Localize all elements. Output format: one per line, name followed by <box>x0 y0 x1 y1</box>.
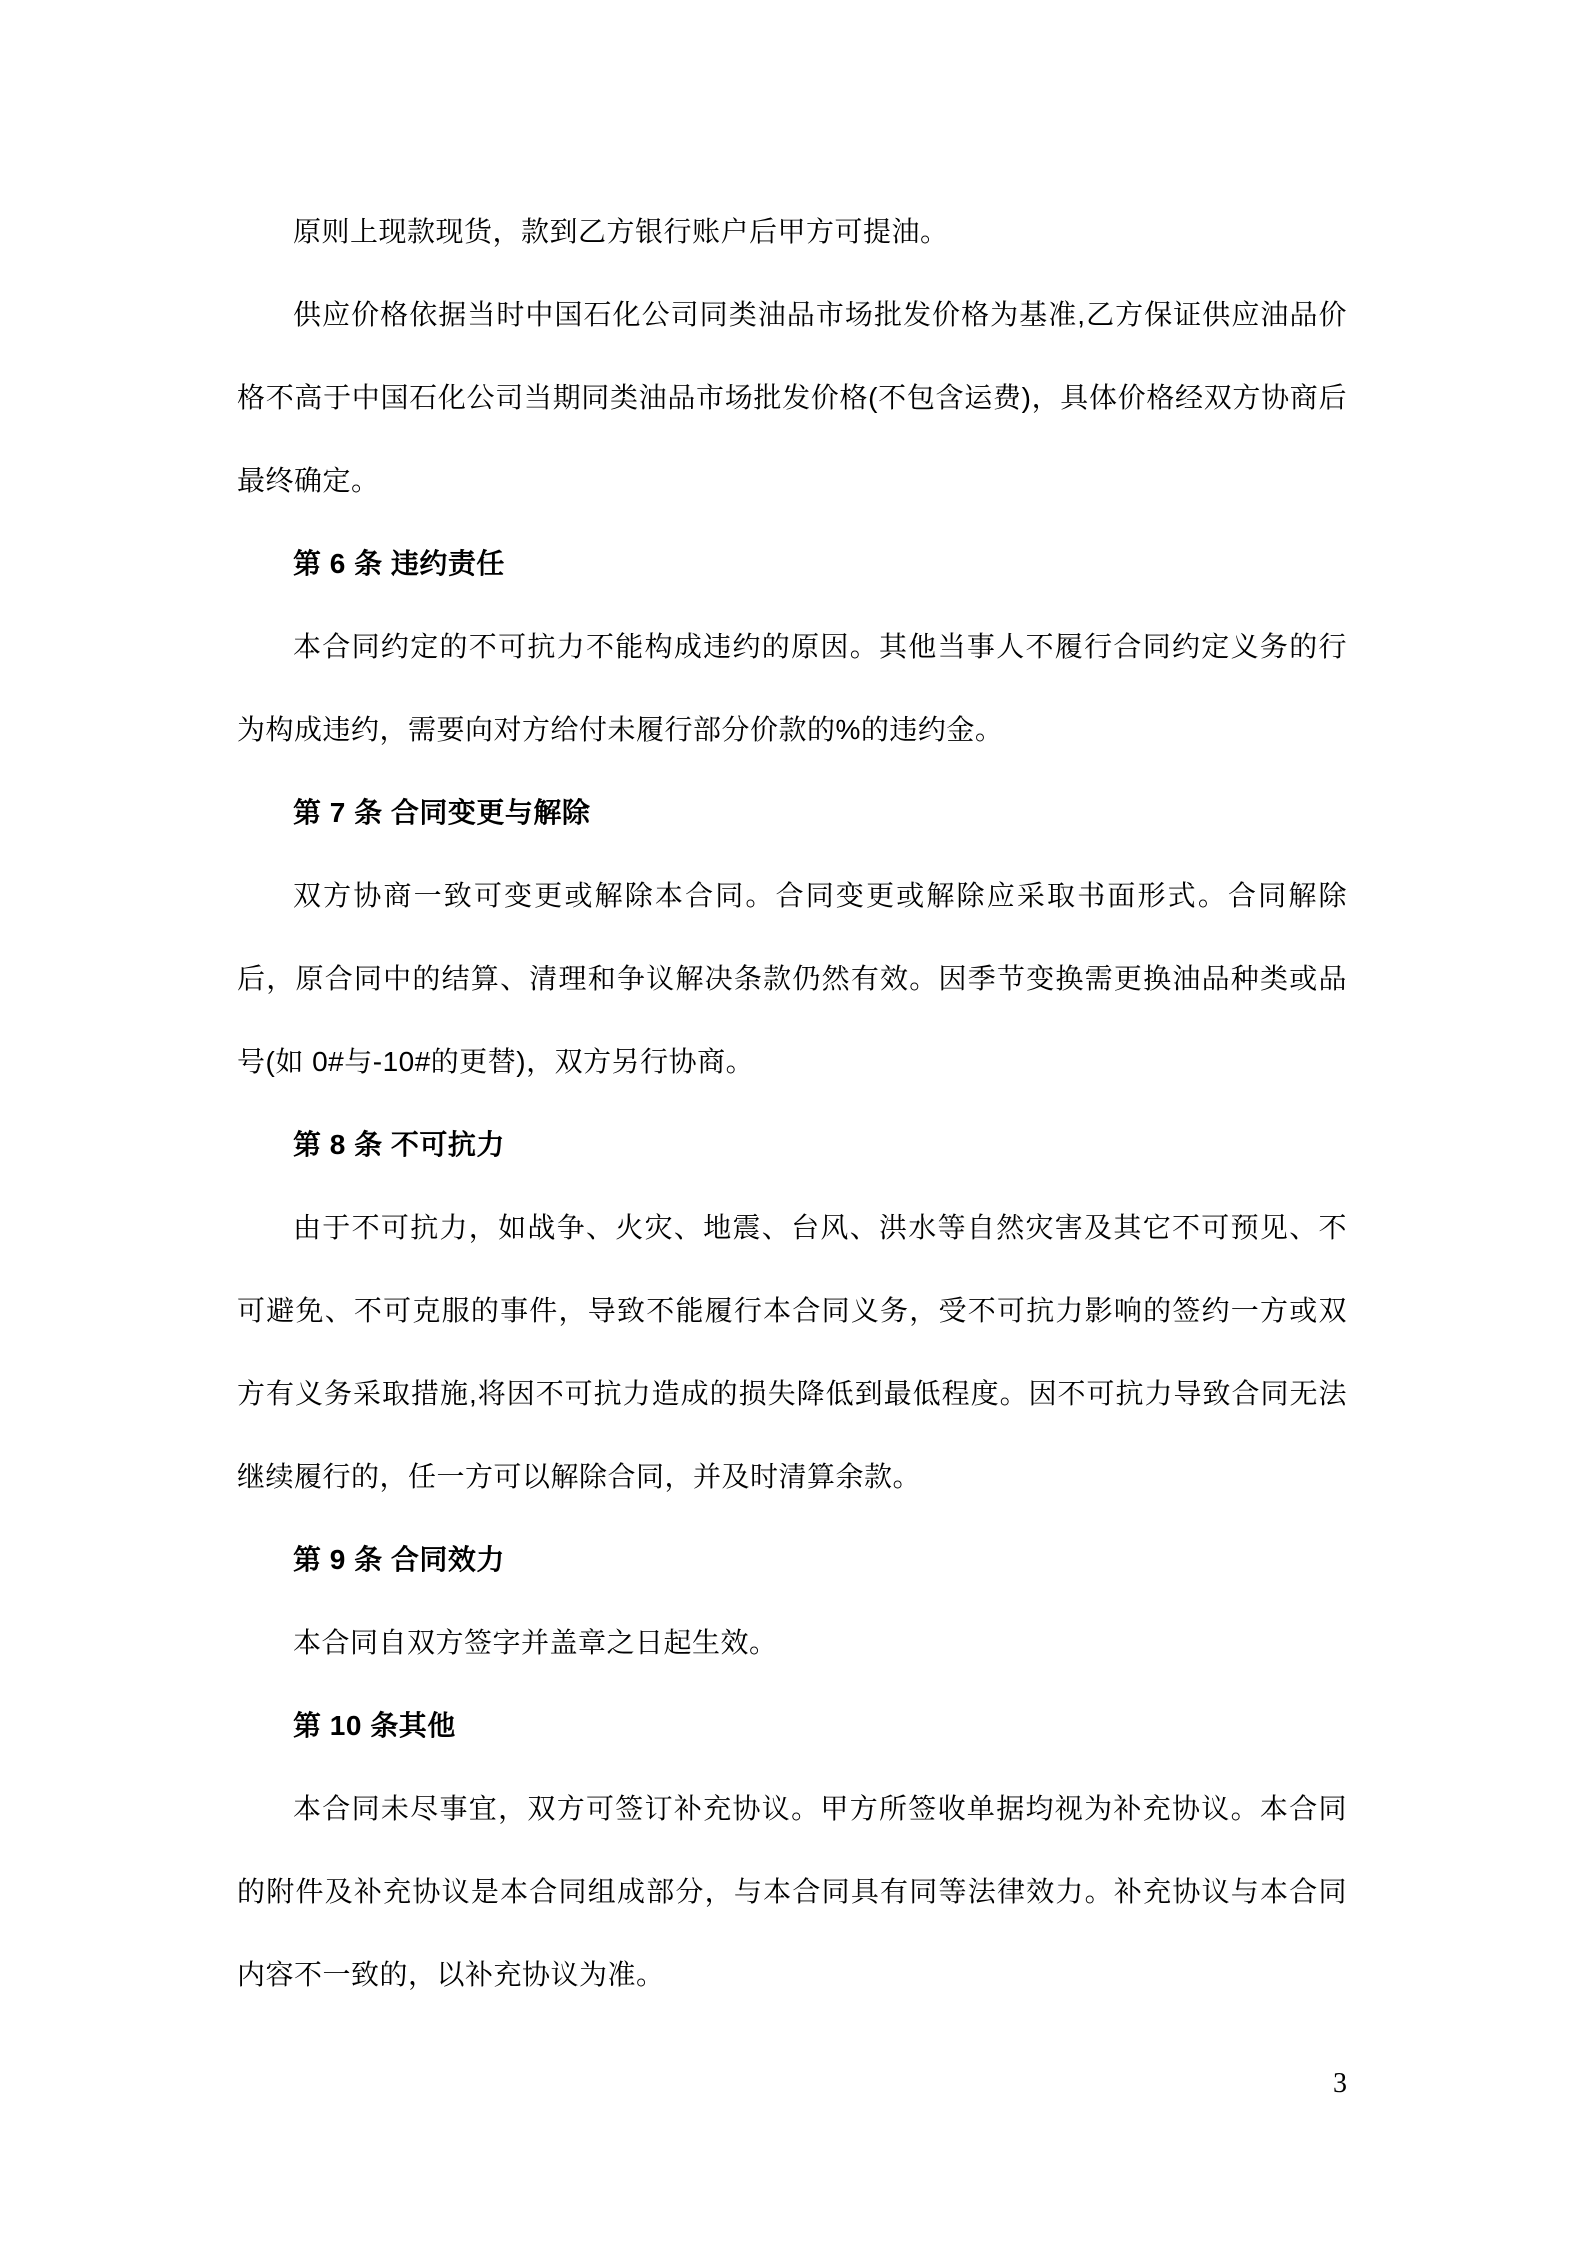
paragraph: 本合同自双方签字并盖章之日起生效。 <box>237 1601 1347 1684</box>
section-heading: 第 8 条 不可抗力 <box>237 1103 1347 1186</box>
paragraph: 本合同约定的不可抗力不能构成违约的原因。其他当事人不履行合同约定义务的行为构成违… <box>237 605 1347 771</box>
section-heading: 第 9 条 合同效力 <box>237 1518 1347 1601</box>
document-page: 原则上现款现货，款到乙方银行账户后甲方可提油。供应价格依据当时中国石化公司同类油… <box>0 0 1586 2244</box>
paragraph: 双方协商一致可变更或解除本合同。合同变更或解除应采取书面形式。合同解除后，原合同… <box>237 854 1347 1103</box>
section-heading: 第 6 条 违约责任 <box>237 522 1347 605</box>
section-heading: 第 7 条 合同变更与解除 <box>237 771 1347 854</box>
section-heading: 第 10 条其他 <box>237 1684 1347 1767</box>
page-number: 3 <box>237 2066 1347 2102</box>
contract-body: 原则上现款现货，款到乙方银行账户后甲方可提油。供应价格依据当时中国石化公司同类油… <box>237 190 1347 2016</box>
paragraph: 由于不可抗力，如战争、火灾、地震、台风、洪水等自然灾害及其它不可预见、不可避免、… <box>237 1186 1347 1518</box>
paragraph: 供应价格依据当时中国石化公司同类油品市场批发价格为基准,乙方保证供应油品价格不高… <box>237 273 1347 522</box>
paragraph: 原则上现款现货，款到乙方银行账户后甲方可提油。 <box>237 190 1347 273</box>
paragraph: 本合同未尽事宜，双方可签订补充协议。甲方所签收单据均视为补充协议。本合同的附件及… <box>237 1767 1347 2016</box>
